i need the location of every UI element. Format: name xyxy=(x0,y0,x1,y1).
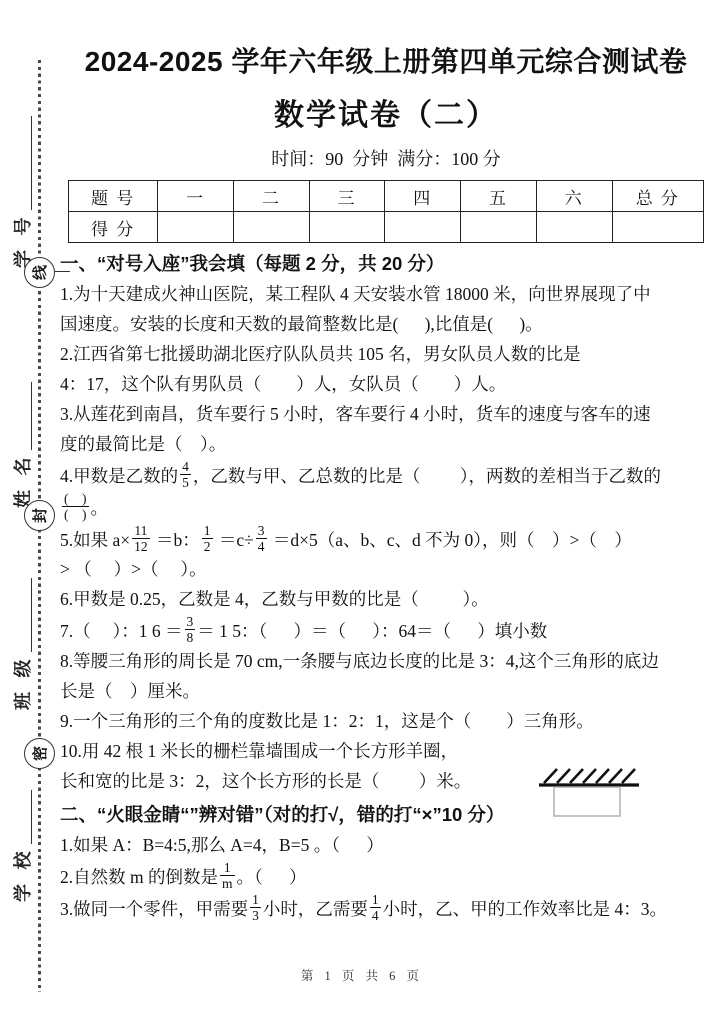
question-line: 8.等腰三角形的周长是 70 cm,一条腰与底边长度的比是 3：4,这个三角形的… xyxy=(60,646,712,676)
seal-char-xian: 线 xyxy=(24,257,55,288)
margin-group-class: 班 级 xyxy=(10,579,36,711)
question-text: 小时，乙、甲的工作效率比是 4：3。 xyxy=(383,899,667,919)
question-text: > （ ）>（ ）。 xyxy=(60,559,207,579)
question-line: 长是（ ）厘米。 xyxy=(60,676,712,706)
question-line: 2.自然数 m 的倒数是1m。（ ） xyxy=(60,860,712,892)
question-text: 国速度。安装的长度和天数的最简整数比是( ),比值是( )。 xyxy=(60,314,543,334)
question-text: 长是（ ）厘米。 xyxy=(60,681,200,701)
wall-hatch-drawing xyxy=(538,756,640,820)
fraction: 14 xyxy=(370,892,381,923)
question-text: ，乙数与甲、乙总数的比是（ ），两数的差相当于乙数的 xyxy=(193,466,661,486)
question-text: ＝ 1 5：（ ）＝（ ）：64＝（ ）填小数 xyxy=(197,621,547,641)
question-s1-1: 1.为十天建成火神山医院，某工程队 4 天安装水管 18000 米，向世界展现了… xyxy=(60,279,712,339)
question-line: 6.甲数是 0.25，乙数是 4，乙数与甲数的比是（ ）。 xyxy=(60,584,712,614)
question-text: 。 xyxy=(91,498,109,518)
fraction: 1m xyxy=(220,860,235,891)
question-text: 2.江西省第七批援助湖北医疗队队员共 105 名，男女队员人数的比是 xyxy=(60,344,581,364)
score-table: 题 号一二三四五六总 分 得 分 xyxy=(68,180,704,243)
question-text: 度的最简比是（ ）。 xyxy=(60,434,226,454)
question-text: 9.一个三角形的三个角的度数比是 1：2：1，这是个（ ）三角形。 xyxy=(60,711,594,731)
question-line: 1.为十天建成火神山医院，某工程队 4 天安装水管 18000 米，向世界展现了… xyxy=(60,279,712,309)
paper-subtitle: 数学试卷（二） xyxy=(60,96,712,136)
fraction: ( )( ) xyxy=(62,491,89,522)
fraction: 45 xyxy=(180,459,191,490)
score-table-cell: 六 xyxy=(536,181,612,212)
score-table-cell: 得 分 xyxy=(69,212,158,243)
margin-group-school: 学 校 xyxy=(10,791,36,903)
question-s1-2: 2.江西省第七批援助湖北医疗队队员共 105 名，男女队员人数的比是4：17，这… xyxy=(60,339,712,399)
question-text: 1.为十天建成火神山医院，某工程队 4 天安装水管 18000 米，向世界展现了… xyxy=(60,284,651,304)
margin-group-name: 姓 名 xyxy=(10,383,36,509)
fraction: 13 xyxy=(250,892,261,923)
school-label: 学 校 xyxy=(13,847,33,903)
fraction: 34 xyxy=(256,523,267,554)
score-table-header-row: 题 号一二三四五六总 分 xyxy=(69,181,704,212)
question-text: 6.甲数是 0.25，乙数是 4，乙数与甲数的比是（ ）。 xyxy=(60,589,489,609)
question-text: 3.做同一个零件，甲需要 xyxy=(60,899,248,919)
name-label: 姓 名 xyxy=(13,453,33,509)
question-line: 4.甲数是乙数的45，乙数与甲、乙总数的比是（ ），两数的差相当于乙数的 xyxy=(60,459,712,491)
question-text: 。（ ） xyxy=(237,867,307,887)
question-text: 3.从莲花到南昌，货车要行 5 小时，客车要行 4 小时，货车的速度与客车的速 xyxy=(60,404,651,424)
question-s2-2: 2.自然数 m 的倒数是1m。（ ） xyxy=(60,860,712,892)
question-line: 5.如果 a×1112 ＝b：12 ＝c÷34 ＝d×5（a、b、c、d 不为 … xyxy=(60,523,712,555)
section-1-heading: 一、“对号入座”我会填（每题 2 分，共 20 分） xyxy=(60,249,712,279)
exam-paper-page: { "page": { "title": "2024-2025 学年六年级上册第… xyxy=(0,0,724,1024)
score-table-cell xyxy=(536,212,612,243)
section-1-questions: 1.为十天建成火神山医院，某工程队 4 天安装水管 18000 米，向世界展现了… xyxy=(60,279,712,796)
question-text: 8.等腰三角形的周长是 70 cm,一条腰与底边长度的比是 3：4,这个三角形的… xyxy=(60,651,659,671)
question-text: 小时，乙需要 xyxy=(263,899,368,919)
question-text: 7.（ ）：1 6 ＝ xyxy=(60,621,183,641)
score-table-cell xyxy=(233,212,309,243)
question-s1-8: 8.等腰三角形的周长是 70 cm,一条腰与底边长度的比是 3：4,这个三角形的… xyxy=(60,646,712,706)
question-s1-6: 6.甲数是 0.25，乙数是 4，乙数与甲数的比是（ ）。 xyxy=(60,584,712,614)
question-s1-3: 3.从莲花到南昌，货车要行 5 小时，客车要行 4 小时，货车的速度与客车的速度… xyxy=(60,399,712,459)
score-table-cell: 二 xyxy=(233,181,309,212)
paper-title: 2024-2025 学年六年级上册第四单元综合测试卷 xyxy=(60,44,712,80)
question-s2-1: 1.如果 A：B=4:5,那么 A=4，B=5 。（ ） xyxy=(60,830,712,860)
score-table-cell xyxy=(385,212,461,243)
score-table-cell: 四 xyxy=(385,181,461,212)
question-line: 1.如果 A：B=4:5,那么 A=4，B=5 。（ ） xyxy=(60,830,712,860)
question-line: 9.一个三角形的三个角的度数比是 1：2：1，这是个（ ）三角形。 xyxy=(60,706,712,736)
question-line: 度的最简比是（ ）。 xyxy=(60,429,712,459)
seal-char-feng: 封 xyxy=(24,500,55,531)
fraction: 1112 xyxy=(132,523,150,554)
question-text: 2.自然数 m 的倒数是 xyxy=(60,867,218,887)
question-text: 5.如果 a× xyxy=(60,529,130,549)
section-2-questions: 1.如果 A：B=4:5,那么 A=4，B=5 。（ ）2.自然数 m 的倒数是… xyxy=(60,830,712,924)
question-text: 4.甲数是乙数的 xyxy=(60,466,178,486)
question-line: 3.做同一个零件，甲需要13小时，乙需要14小时，乙、甲的工作效率比是 4：3。 xyxy=(60,892,712,924)
question-text: ＝c÷ xyxy=(215,529,254,549)
student-id-blank-line xyxy=(17,117,32,211)
question-line: 国速度。安装的长度和天数的最简整数比是( ),比值是( )。 xyxy=(60,309,712,339)
question-s1-4: 4.甲数是乙数的45，乙数与甲、乙总数的比是（ ），两数的差相当于乙数的( )(… xyxy=(60,459,712,523)
score-table-cell: 总 分 xyxy=(612,181,703,212)
question-text: ＝b： xyxy=(152,529,200,549)
score-table-score-row: 得 分 xyxy=(69,212,704,243)
question-text: 长和宽的比是 3：2，这个长方形的长是（ ）米。 xyxy=(60,771,471,791)
question-line: 7.（ ）：1 6 ＝38＝ 1 5：（ ）＝（ ）：64＝（ ）填小数 xyxy=(60,614,712,646)
score-table-cell: 五 xyxy=(461,181,537,212)
school-blank-line xyxy=(17,791,32,845)
seal-char-mi: 密 xyxy=(24,738,55,769)
score-table-cell: 题 号 xyxy=(69,181,158,212)
question-s1-7: 7.（ ）：1 6 ＝38＝ 1 5：（ ）＝（ ）：64＝（ ）填小数 xyxy=(60,614,712,646)
margin-group-student-id: 学 号 xyxy=(10,117,36,269)
score-table-cell: 三 xyxy=(309,181,385,212)
question-line: 3.从莲花到南昌，货车要行 5 小时，客车要行 4 小时，货车的速度与客车的速 xyxy=(60,399,712,429)
score-table-cell xyxy=(158,212,234,243)
question-text: 4：17，这个队有男队员（ ）人，女队员（ ）人。 xyxy=(60,374,506,394)
fraction: 12 xyxy=(202,523,213,554)
class-label: 班 级 xyxy=(13,655,33,711)
question-text: ＝d×5（a、b、c、d 不为 0），则（ ）>（ ） xyxy=(269,529,632,549)
question-line: 4：17，这个队有男队员（ ）人，女队员（ ）人。 xyxy=(60,369,712,399)
sheep-pen-figure xyxy=(538,756,640,825)
page-number-footer: 第 1 页 共 6 页 xyxy=(0,966,724,984)
score-table-cell xyxy=(612,212,703,243)
name-blank-line xyxy=(17,383,32,451)
fraction: 38 xyxy=(185,614,196,645)
class-blank-line xyxy=(17,579,32,653)
question-line: 2.江西省第七批援助湖北医疗队队员共 105 名，男女队员人数的比是 xyxy=(60,339,712,369)
score-table-cell: 一 xyxy=(158,181,234,212)
question-s1-5: 5.如果 a×1112 ＝b：12 ＝c÷34 ＝d×5（a、b、c、d 不为 … xyxy=(60,523,712,585)
score-table-cell xyxy=(309,212,385,243)
question-line: > （ ）>（ ）。 xyxy=(60,554,712,584)
question-line: ( )( )。 xyxy=(60,491,712,523)
question-text: 1.如果 A：B=4:5,那么 A=4，B=5 。（ ） xyxy=(60,835,384,855)
question-text: 10.用 42 根 1 米长的栅栏靠墙围成一个长方形羊圈， xyxy=(60,741,458,761)
time-and-score-meta: 时间：90 分钟 满分：100 分 xyxy=(60,146,712,172)
question-s2-3: 3.做同一个零件，甲需要13小时，乙需要14小时，乙、甲的工作效率比是 4：3。 xyxy=(60,892,712,924)
question-s1-9: 9.一个三角形的三个角的度数比是 1：2：1，这是个（ ）三角形。 xyxy=(60,706,712,736)
score-table-cell xyxy=(461,212,537,243)
